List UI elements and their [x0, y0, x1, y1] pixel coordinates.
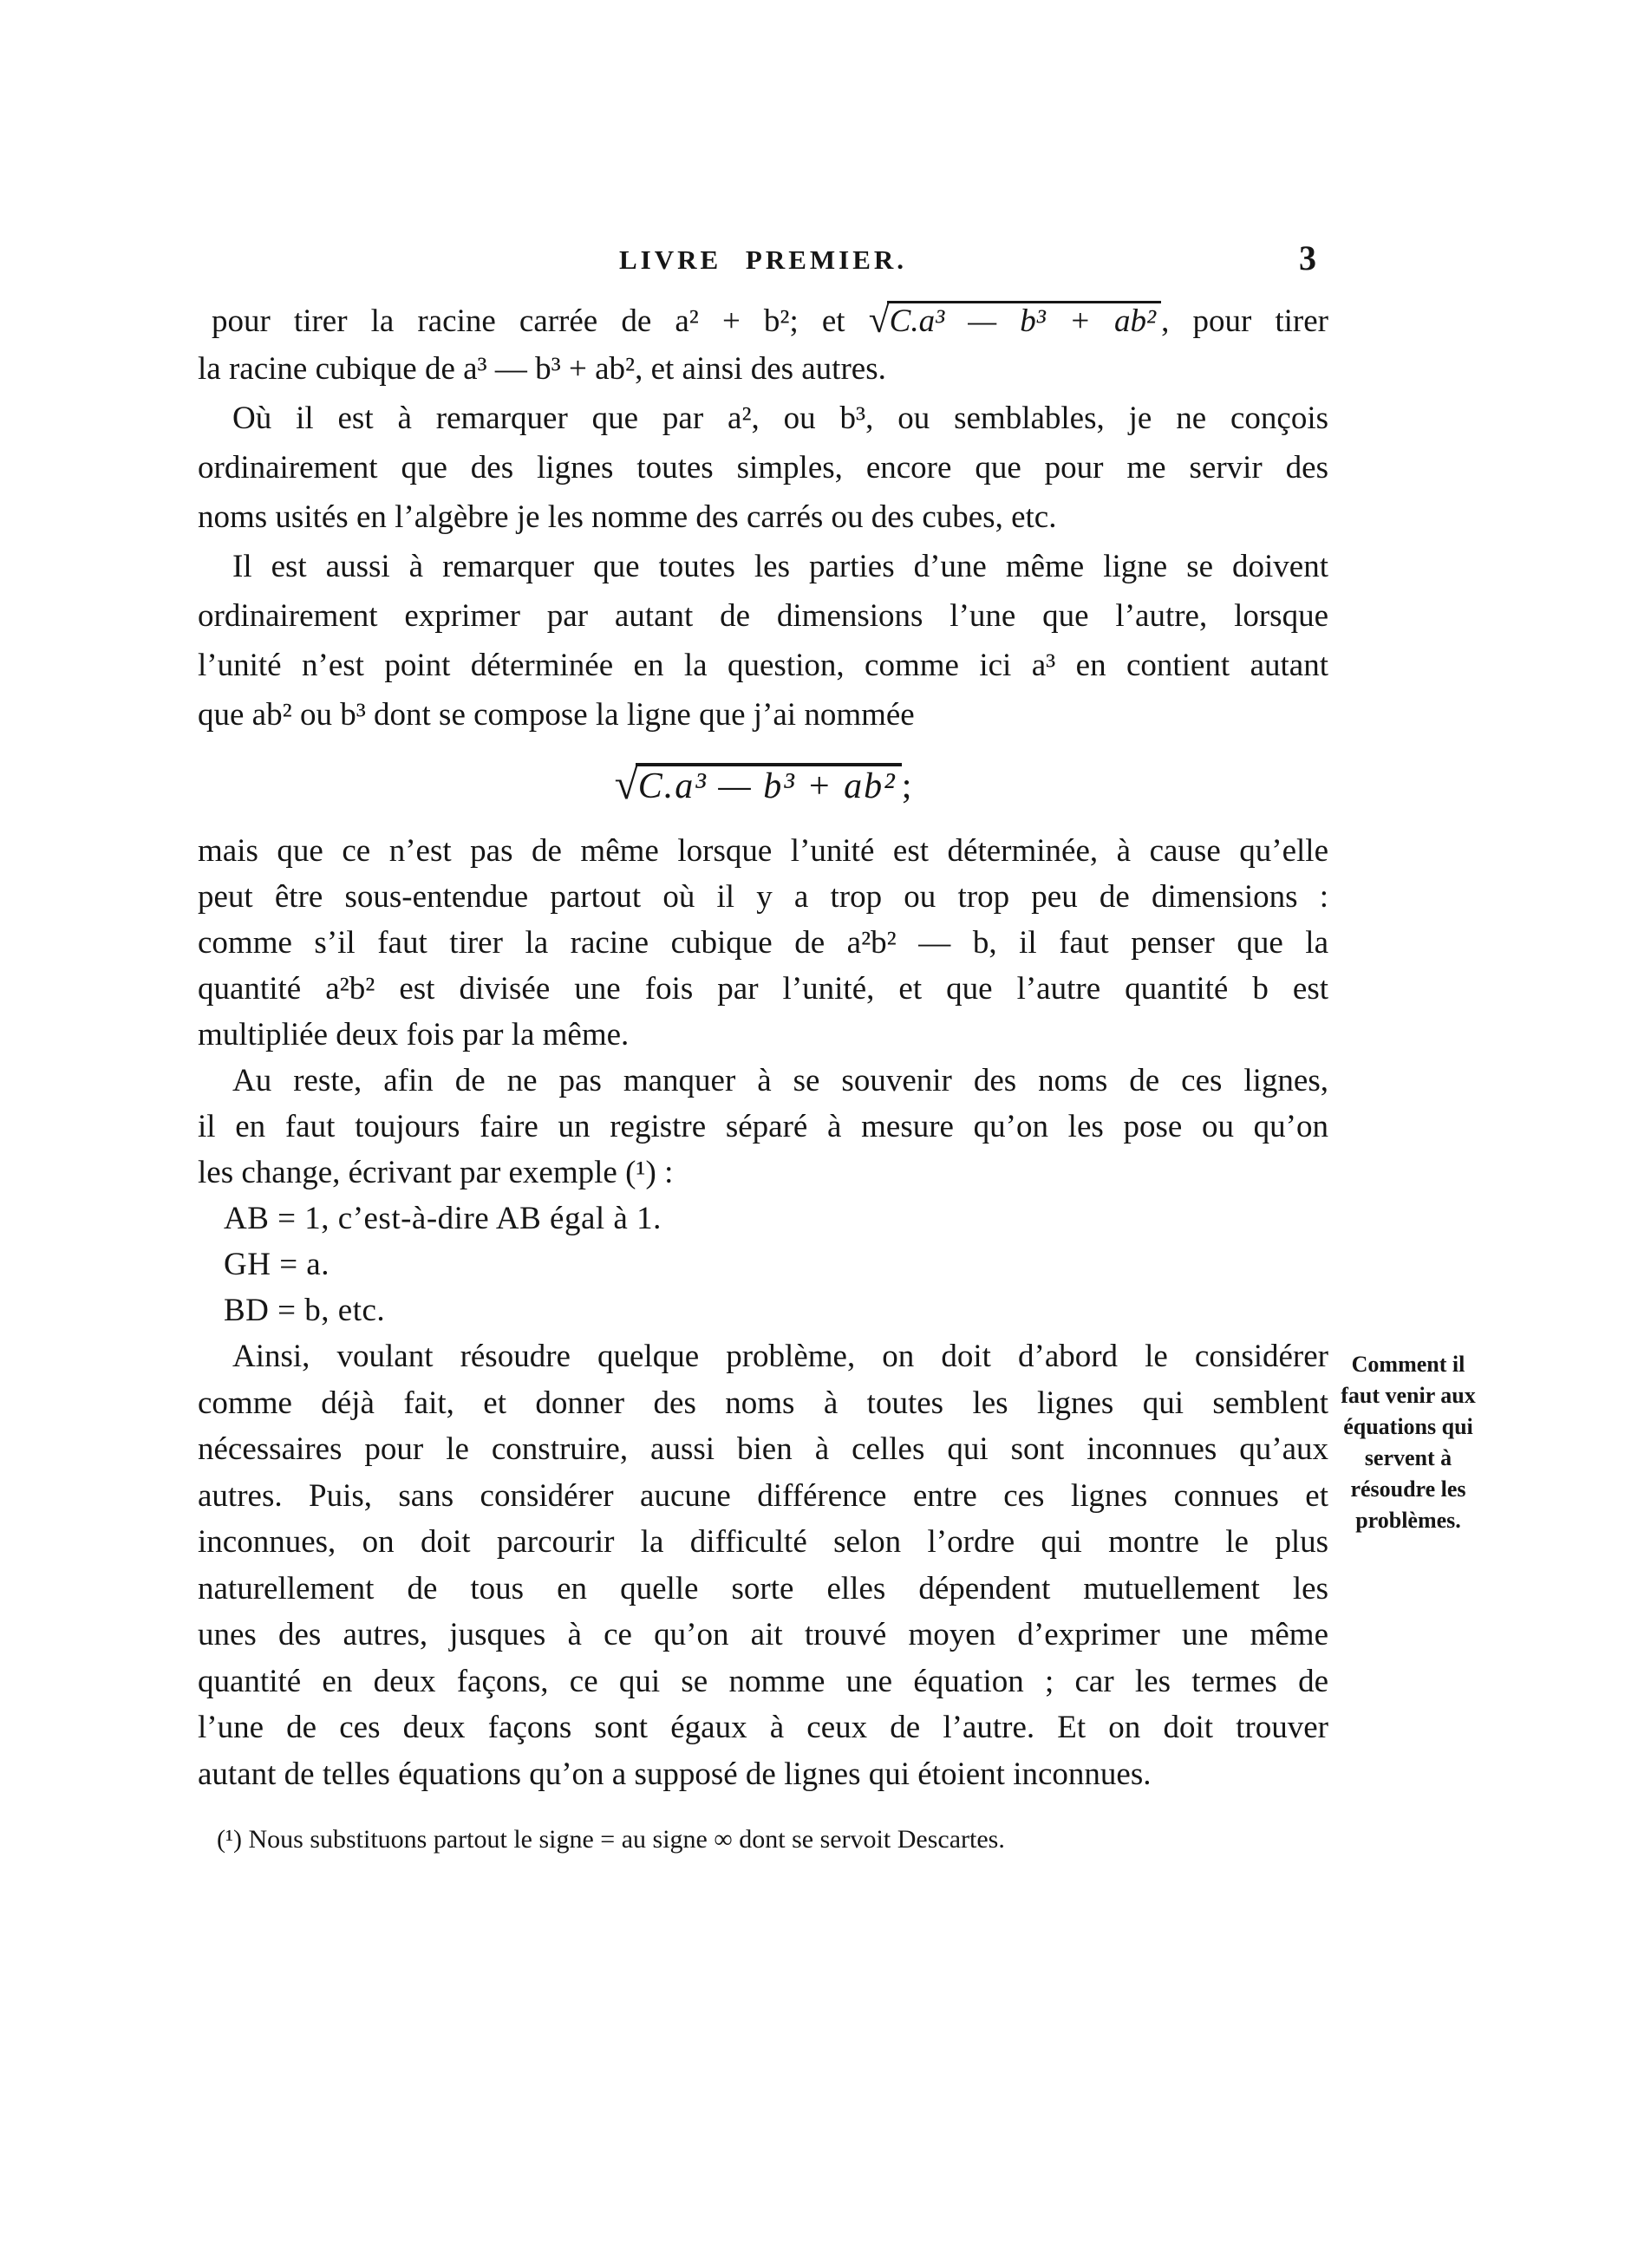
text-line: nécessaires pour le construire, aussi bi…	[198, 1426, 1328, 1473]
text-line: mais que ce n’est pas de même lorsque l’…	[198, 828, 1328, 874]
text-line: ordinairement exprimer par autant de dim…	[198, 591, 1328, 641]
text-line: inconnues, on doit parcourir la difficul…	[198, 1519, 1328, 1566]
text-line: l’unité n’est point déterminée en la que…	[198, 641, 1328, 690]
text-line: Il est aussi à remarquer que toutes les …	[198, 542, 1328, 591]
text-line: autant de telles équations qu’on a suppo…	[198, 1751, 1328, 1798]
text-line: unes des autres, jusques à ce qu’on ait …	[198, 1612, 1328, 1659]
running-head: LIVRE PREMIER. 3	[198, 244, 1328, 276]
footnote-text: (¹) Nous substituons partout le signe = …	[198, 1825, 1005, 1854]
radicand: C.a³ — b³ + ab²	[887, 301, 1161, 339]
radical-sign: √	[615, 760, 638, 808]
footnote: (¹) Nous substituons partout le signe = …	[198, 1822, 1328, 1857]
text-line: autres. Puis, sans considérer aucune dif…	[198, 1473, 1328, 1520]
text-segment: , pour tirer	[1161, 303, 1328, 339]
text-line: comme s’il faut tirer la racine cubique …	[198, 920, 1328, 966]
text-line: multipliée deux fois par la même.	[198, 1012, 1328, 1058]
text-line: il en faut toujours faire un registre sé…	[198, 1104, 1328, 1150]
text-line: l’une de ces deux façons sont égaux à ce…	[198, 1704, 1328, 1751]
margin-note-line: problèmes.	[1334, 1505, 1483, 1536]
text-line: ordinairement que des lignes toutes simp…	[198, 443, 1328, 492]
register-line: BD = b, etc.	[198, 1287, 1328, 1333]
text-line: noms usités en l’algèbre je les nomme de…	[198, 492, 1328, 542]
margin-note-line: résoudre les	[1334, 1474, 1483, 1505]
text-line: que ab² ou b³ dont se compose la ligne q…	[198, 690, 1328, 740]
running-title: LIVRE PREMIER.	[619, 244, 907, 275]
text-line: Où il est à remarquer que par a², ou b³,…	[198, 394, 1328, 443]
text-line: comme déjà fait, et donner des noms à to…	[198, 1380, 1328, 1427]
page-number: 3	[1299, 238, 1316, 278]
margin-note-line: Comment il	[1334, 1349, 1483, 1380]
text-line: quantité a²b² est divisée une fois par l…	[198, 966, 1328, 1012]
text-line: pour tirer la racine carrée de a² + b²; …	[198, 295, 1328, 344]
formula-suffix: ;	[902, 766, 912, 806]
radical-sign: √	[869, 299, 890, 341]
text-segment: pour tirer la racine carrée de a² + b²; …	[212, 303, 869, 339]
margin-note-line: servent à	[1334, 1443, 1483, 1474]
margin-note-line: équations qui	[1334, 1411, 1483, 1443]
body-text-middle: mais que ce n’est pas de même lorsque l’…	[198, 828, 1328, 1333]
radicand: C.a³ — b³ + ab²	[636, 763, 902, 806]
text-line: la racine cubique de a³ — b³ + ab², et a…	[198, 344, 1328, 394]
book-page: LIVRE PREMIER. 3 pour tirer la racine ca…	[0, 0, 1651, 2268]
body-text-lower: Ainsi, voulant résoudre quelque problème…	[198, 1333, 1328, 1797]
register-line: AB = 1, c’est-à-dire AB égal à 1.	[198, 1196, 1328, 1242]
text-line: les change, écrivant par exemple (¹) :	[198, 1150, 1328, 1196]
display-formula: √C.a³ — b³ + ab²;	[198, 742, 1328, 825]
text-line: Ainsi, voulant résoudre quelque problème…	[198, 1333, 1328, 1380]
register-line: GH = a.	[198, 1242, 1328, 1287]
text-line: peut être sous-entendue partout où il y …	[198, 874, 1328, 920]
text-line: naturellement de tous en quelle sorte el…	[198, 1566, 1328, 1613]
inline-radical: √C.a³ — b³ + ab²	[869, 303, 1161, 339]
text-line: quantité en deux façons, ce qui se nomme…	[198, 1659, 1328, 1705]
body-text-upper: pour tirer la racine carrée de a² + b²; …	[198, 295, 1328, 740]
margin-note: Comment il faut venir aux équations qui …	[1334, 1349, 1483, 1536]
margin-note-line: faut venir aux	[1334, 1380, 1483, 1411]
text-line: Au reste, afin de ne pas manquer à se so…	[198, 1058, 1328, 1104]
